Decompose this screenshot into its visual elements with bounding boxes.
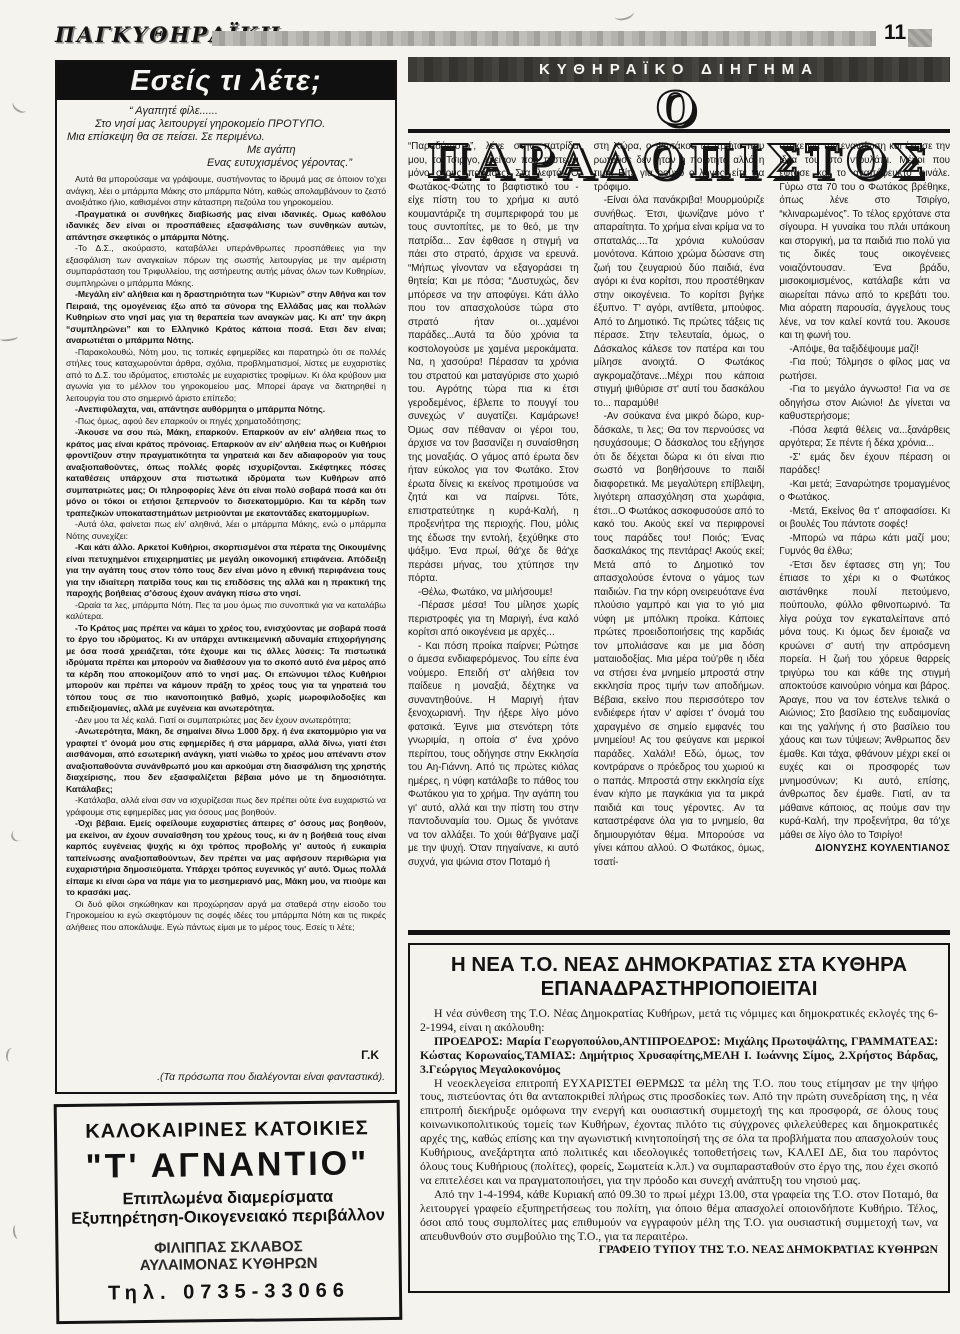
story-columns: “Παραδόπιστο”, λένε στην πατρίδα μου, το…: [408, 140, 950, 928]
paragraph: -Το Κράτος μας πρέπει να κάμει το χρέος …: [66, 623, 386, 715]
paragraph: -Παρακολουθώ, Νότη μου, τις τοπικές εφημ…: [66, 347, 386, 405]
paragraph: -Ανεπιφύλαχτα, ναι, απάντησε αυθόρμητα ο…: [66, 404, 386, 416]
ad-agnantio: ΚΑΛΟΚΑΙΡΙΝΕΣ ΚΑΤΟΙΚΙΕΣ "Τ' ΑΓΝΑΝΤΙΟ" Επι…: [54, 1100, 403, 1324]
ad-business-name: "Τ' ΑΓΝΑΝΤΙΟ": [57, 1144, 397, 1187]
nd-body: Η νέα σύνθεση της Τ.Ο. Νέας Δημοκρατίας …: [420, 1007, 938, 1257]
margin-mark: [10, 96, 30, 115]
paragraph: στη Χώρα, ο Φωτάκος το πρώτο που ρωτούσε…: [594, 140, 765, 194]
corner-square: [908, 29, 932, 47]
newspaper-page: ΠΑΓΚΥΘΗΡΑΪΚΗ 11 Εσείς τι λέτε; “ Αγαπητέ…: [0, 0, 960, 1334]
ad-description-2: Εξυπηρέτηση-Οικογενειακό περιβάλλον: [58, 1206, 398, 1229]
paragraph: Με αγάπη: [247, 144, 385, 157]
paragraph: -Δεν μου τα λές καλά. Γιατί οι συμπατριώ…: [66, 715, 386, 727]
paragraph: Οι δυό φίλοι σηκώθηκαν και προχώρησαν αρ…: [66, 899, 386, 934]
paragraph: -Και μετά; Ξαναρώτησε τρομαγμένος ο Φωτά…: [779, 478, 950, 505]
paragraph: -Έτσι δεν έφτασες στη γη; Του έπιασε το …: [779, 559, 950, 843]
paragraph: -Είναι όλα πανάκριβα! Μουρμούριζε συνήθω…: [594, 194, 765, 410]
paragraph: -Πως όμως, αφού δεν επαρκούν οι πηγές χρ…: [66, 416, 386, 428]
paragraph: -Για πού; Τόλμησε ο φίλος μας να ρωτήσει…: [779, 356, 950, 383]
margin-mark: [5, 1047, 17, 1063]
opinion-article: Εσείς τι λέτε; “ Αγαπητέ φίλε......Στο ν…: [55, 60, 397, 1094]
paragraph: -Πραγματικά οι συνθήκες διαβίωσής μας εί…: [66, 209, 386, 244]
paragraph: -Μετά, Εκείνος θα τ' αποφασίσει. Κι οι β…: [779, 505, 950, 532]
reader-letter: “ Αγαπητέ φίλε......Στο νησί μας λειτουρ…: [67, 105, 385, 170]
paragraph: -Πόσα λεφτά θέλεις να...ξανάρθεις αργότε…: [779, 424, 950, 451]
opinion-footnote: .(Τα πρόσωπα που διαλέγονται είναι φαντα…: [157, 1071, 385, 1083]
paragraph: Η νέα σύνθεση της Τ.Ο. Νέας Δημοκρατίας …: [420, 1007, 938, 1035]
paragraph: -Άκουσε να σου πώ, Μάκη, επαρκούν. Επαρκ…: [66, 427, 386, 519]
paragraph: Η νεοεκλεγείσα επιτροπή ΕΥΧΑΡΙΣΤΕΙ ΘΕΡΜΩ…: [420, 1077, 938, 1188]
paragraph: -Πέρασε μέσα! Του μίλησε χωρίς περιστροφ…: [408, 599, 579, 640]
paragraph: -Αυτά όλα, φαίνεται πως είν' αληθινά, λέ…: [66, 519, 386, 542]
paragraph: Από την 1-4-1994, κάθε Κυριακή από 09.30…: [420, 1188, 938, 1244]
paragraph: -Ωραία τα λες, μπάρμπα Νότη. Πες τα μου …: [66, 600, 386, 623]
margin-mark: [12, 1224, 22, 1239]
paragraph: Αυτά θα μπορούσαμε να γράψουμε, συστήνον…: [66, 174, 386, 209]
story-column-1: “Παραδόπιστο”, λένε στην πατρίδα μου, το…: [408, 140, 579, 928]
paragraph: -Και κάτι άλλο. Αρκετοί Κυθήριοι, σκορπι…: [66, 542, 386, 600]
paragraph: -Ανωτερότητα, Μάκη, δε σημαίνει δίνω 1.0…: [66, 726, 386, 795]
margin-mark: [9, 826, 27, 843]
opinion-title: Εσείς τι λέτε;: [130, 65, 321, 98]
paragraph: ΠΡΟΕΔΡΟΣ: Μαρία Γεωργοπούλου,ΑΝΤΙΠΡΟΕΔΡΟ…: [420, 1035, 938, 1077]
ad-phone: Τηλ. 0735-33066: [59, 1279, 399, 1306]
paragraph: στηκε για την εναντίωση και έχωσε την ιδ…: [779, 140, 950, 343]
paragraph: -Σ' εμάς δεν έχουν πέραση οι παράδες!: [779, 451, 950, 478]
paragraph: -Κατάλαβα, αλλά είναι σαν να ισχυρίζεσαι…: [66, 795, 386, 818]
margin-mark: [613, 6, 635, 23]
paragraph: “Παραδόπιστο”, λένε στην πατρίδα μου, το…: [408, 140, 579, 586]
paragraph: “ Αγαπητέ φίλε......: [129, 105, 385, 118]
paragraph: -Το Δ.Σ., ακούραστο, καταβάλλει υπεράνθρ…: [66, 243, 386, 289]
paragraph: ΔΙΟΝΥΣΗΣ ΚΟΥΛΕΝΤΙΑΝΟΣ: [779, 842, 950, 856]
section-divider-rule: [408, 930, 950, 935]
paragraph: -Αν σούκανα ένα μικρό δώρο, κυρ- δάσκαλε…: [594, 410, 765, 869]
story-column-3: στηκε για την εναντίωση και έχωσε την ιδ…: [779, 140, 950, 928]
paragraph: -Απόψε, θα ταξιδέψουμε μαζί!: [779, 343, 950, 357]
paragraph: Ενας ευτυχισμένος γέροντας.”: [207, 157, 385, 170]
ad-location: ΑΥΛΑΙΜΟΝΑΣ ΚΥΘΗΡΩΝ: [59, 1254, 399, 1275]
ad-headline: ΚΑΛΟΚΑΙΡΙΝΕΣ ΚΑΤΟΙΚΙΕΣ: [57, 1117, 397, 1144]
paragraph: -Μπορώ να πάρω κάτι μαζί μου; Γυμνός θα …: [779, 532, 950, 559]
margin-mark: [0, 334, 18, 342]
story-kicker-bar: ΚΥΘΗΡΑΪΚΟ ΔΙΗΓΗΜΑ: [408, 57, 950, 82]
opinion-signature: Γ.Κ: [361, 1048, 379, 1062]
opinion-header: Εσείς τι λέτε;: [57, 62, 395, 100]
page-number: 11: [884, 21, 906, 45]
paragraph: Στο νησί μας λειτουργεί γηροκομείο ΠΡΟΤΥ…: [95, 118, 385, 131]
story-kicker: ΚΥΘΗΡΑΪΚΟ ΔΙΗΓΗΜΑ: [539, 61, 819, 78]
paragraph: -Για το μεγάλο άγνωστο! Για να σε οδηγήσ…: [779, 383, 950, 424]
paragraph: -Μεγάλη είν' αλήθεια και η δραστηριότητα…: [66, 289, 386, 347]
paragraph: -Όχι βέβαια. Εμείς οφείλουμε ευχαριστίες…: [66, 818, 386, 899]
paragraph: ΓΡΑΦΕΙΟ ΤΥΠΟΥ ΤΗΣ Τ.Ο. ΝΕΑΣ ΔΗΜΟΚΡΑΤΙΑΣ …: [420, 1243, 938, 1257]
paragraph: Μια επίσκεψη θα σε πείσει. Σε περιμένω.: [67, 131, 385, 144]
story-column-2: στη Χώρα, ο Φωτάκος το πρώτο που ρωτούσε…: [594, 140, 765, 928]
opinion-body: Αυτά θα μπορούσαμε να γράψουμε, συστήνον…: [66, 174, 386, 1040]
paragraph: - Και πόση προίκα παίρνει; Ρώτησε ο άμεσ…: [408, 640, 579, 870]
nd-headline: Η ΝΕΑ Τ.Ο. ΝΕΑΣ ΔΗΜΟΚΡΑΤΙΑΣ ΣΤΑ ΚΥΘΗΡΑ Ε…: [420, 953, 938, 1001]
nd-announcement: Η ΝΕΑ Τ.Ο. ΝΕΑΣ ΔΗΜΟΚΡΑΤΙΑΣ ΣΤΑ ΚΥΘΗΡΑ Ε…: [408, 943, 950, 1293]
masthead-bar: [212, 31, 876, 46]
title-rule: [408, 129, 950, 133]
paragraph: -Θέλω, Φωτάκο, να μιλήσουμε!: [408, 586, 579, 600]
